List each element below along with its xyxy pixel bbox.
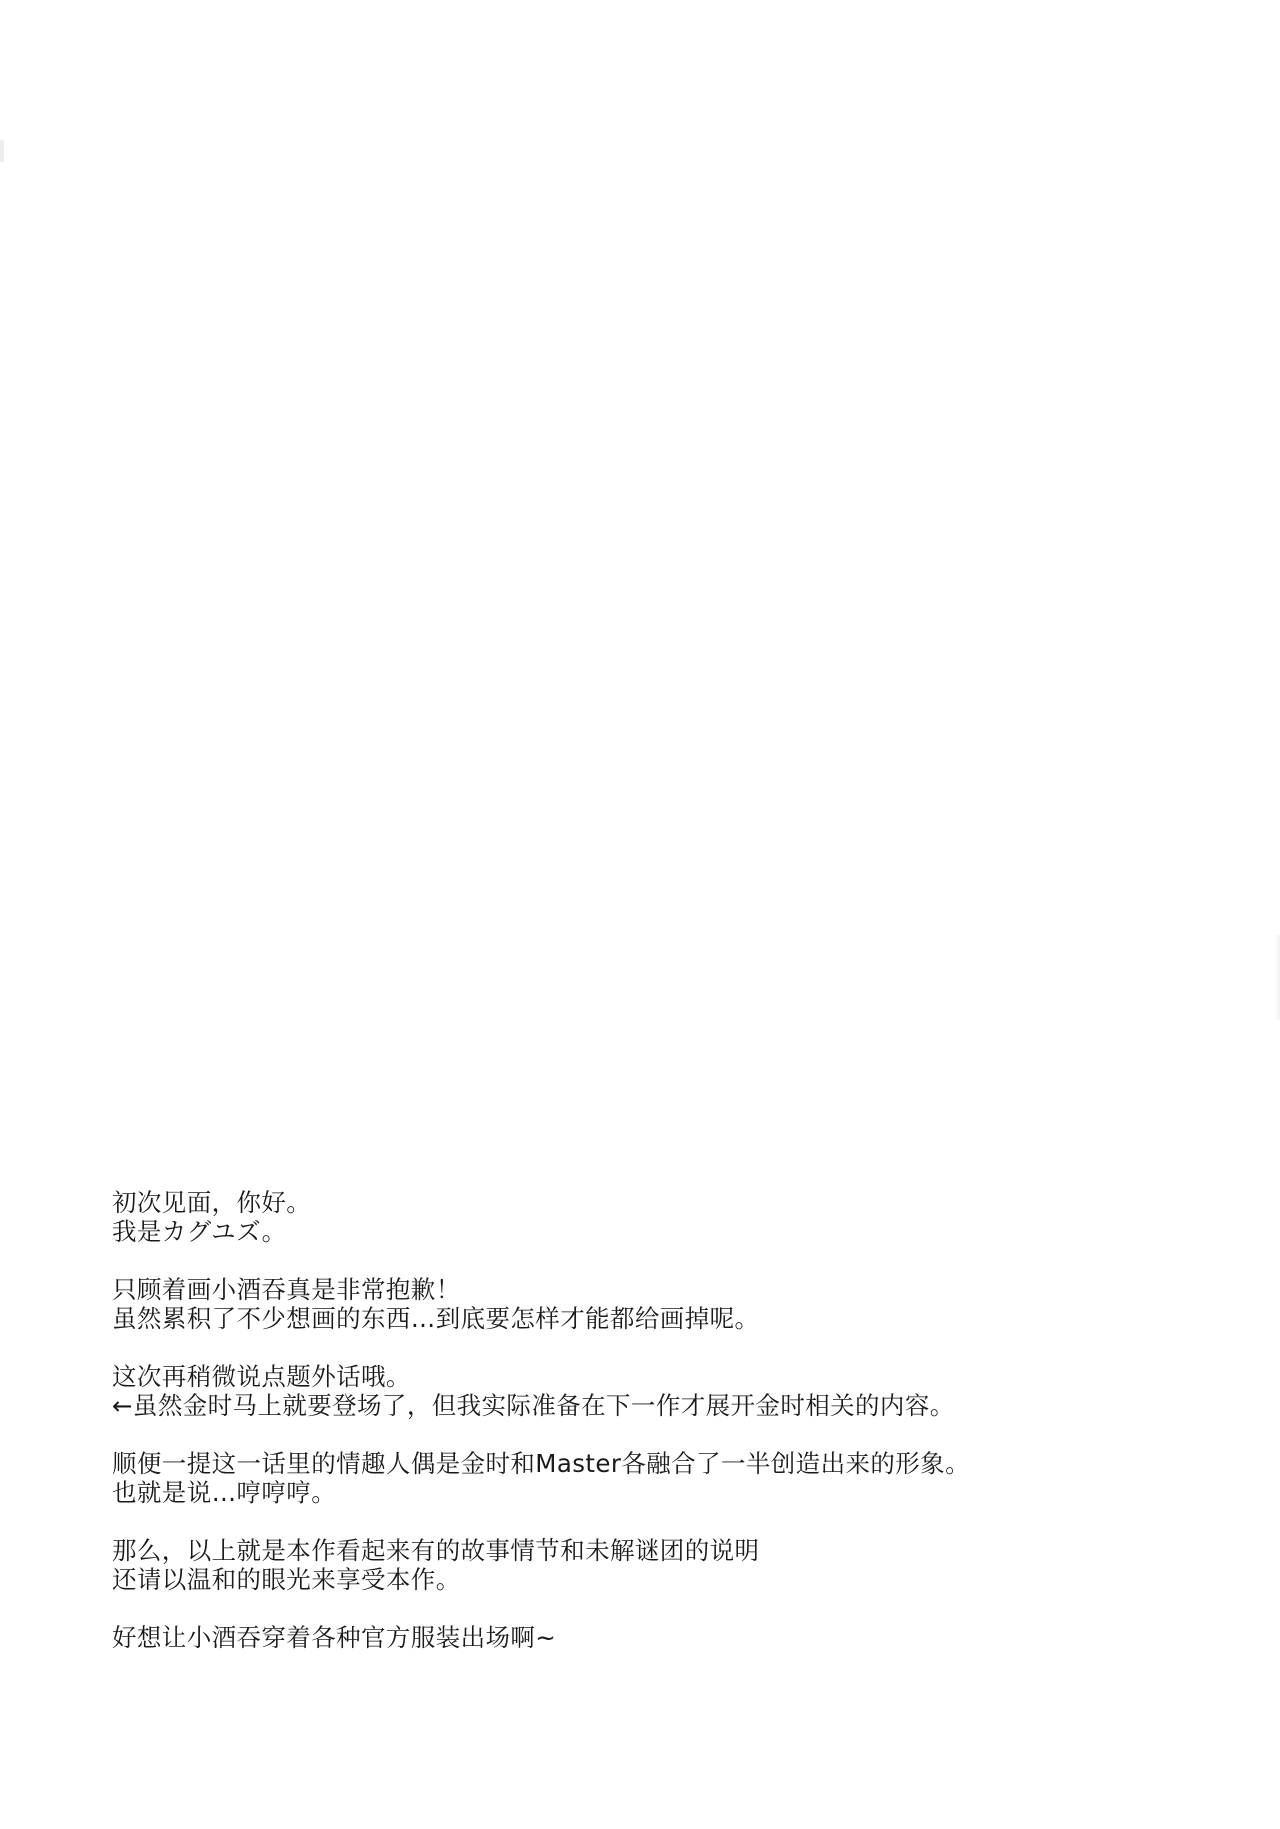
text-line: 好想让小酒吞穿着各种官方服装出场啊~ — [112, 1623, 1232, 1652]
text-line: 顺便一提这一话里的情趣人偶是金时和Master各融合了一半创造出来的形象。 — [112, 1449, 1232, 1478]
paragraph-doll-note: 顺便一提这一话里的情趣人偶是金时和Master各融合了一半创造出来的形象。 也就… — [112, 1449, 1232, 1507]
text-line: 初次见面，你好。 — [112, 1188, 1232, 1217]
text-line: 这次再稍微说点题外话哦。 — [112, 1362, 1232, 1391]
text-line: 还请以温和的眼光来享受本作。 — [112, 1565, 1232, 1594]
text-line: 也就是说…哼哼哼。 — [112, 1478, 1232, 1507]
text-line: 虽然累积了不少想画的东西…到底要怎样才能都给画掉呢。 — [112, 1304, 1232, 1333]
text-line: 我是カグユズ。 — [112, 1217, 1232, 1246]
text-line: 那么，以上就是本作看起来有的故事情节和未解谜团的说明 — [112, 1536, 1232, 1565]
paragraph-wish: 好想让小酒吞穿着各种官方服装出场啊~ — [112, 1623, 1232, 1652]
text-line: ←虽然金时马上就要登场了，但我实际准备在下一作才展开金时相关的内容。 — [112, 1391, 1232, 1420]
paragraph-greeting: 初次见面，你好。 我是カグユズ。 — [112, 1188, 1232, 1246]
scan-edge-artifact — [0, 140, 4, 162]
paragraph-apology: 只顾着画小酒吞真是非常抱歉！ 虽然累积了不少想画的东西…到底要怎样才能都给画掉呢… — [112, 1275, 1232, 1333]
afterword-text-block: 初次见面，你好。 我是カグユズ。 只顾着画小酒吞真是非常抱歉！ 虽然累积了不少想… — [112, 1188, 1232, 1652]
scan-edge-shadow — [1274, 935, 1280, 1020]
scanned-page: 初次见面，你好。 我是カグユズ。 只顾着画小酒吞真是非常抱歉！ 虽然累积了不少想… — [0, 0, 1280, 1829]
paragraph-digression: 这次再稍微说点题外话哦。 ←虽然金时马上就要登场了，但我实际准备在下一作才展开金… — [112, 1362, 1232, 1420]
paragraph-closing: 那么，以上就是本作看起来有的故事情节和未解谜团的说明 还请以温和的眼光来享受本作… — [112, 1536, 1232, 1594]
text-line: 只顾着画小酒吞真是非常抱歉！ — [112, 1275, 1232, 1304]
